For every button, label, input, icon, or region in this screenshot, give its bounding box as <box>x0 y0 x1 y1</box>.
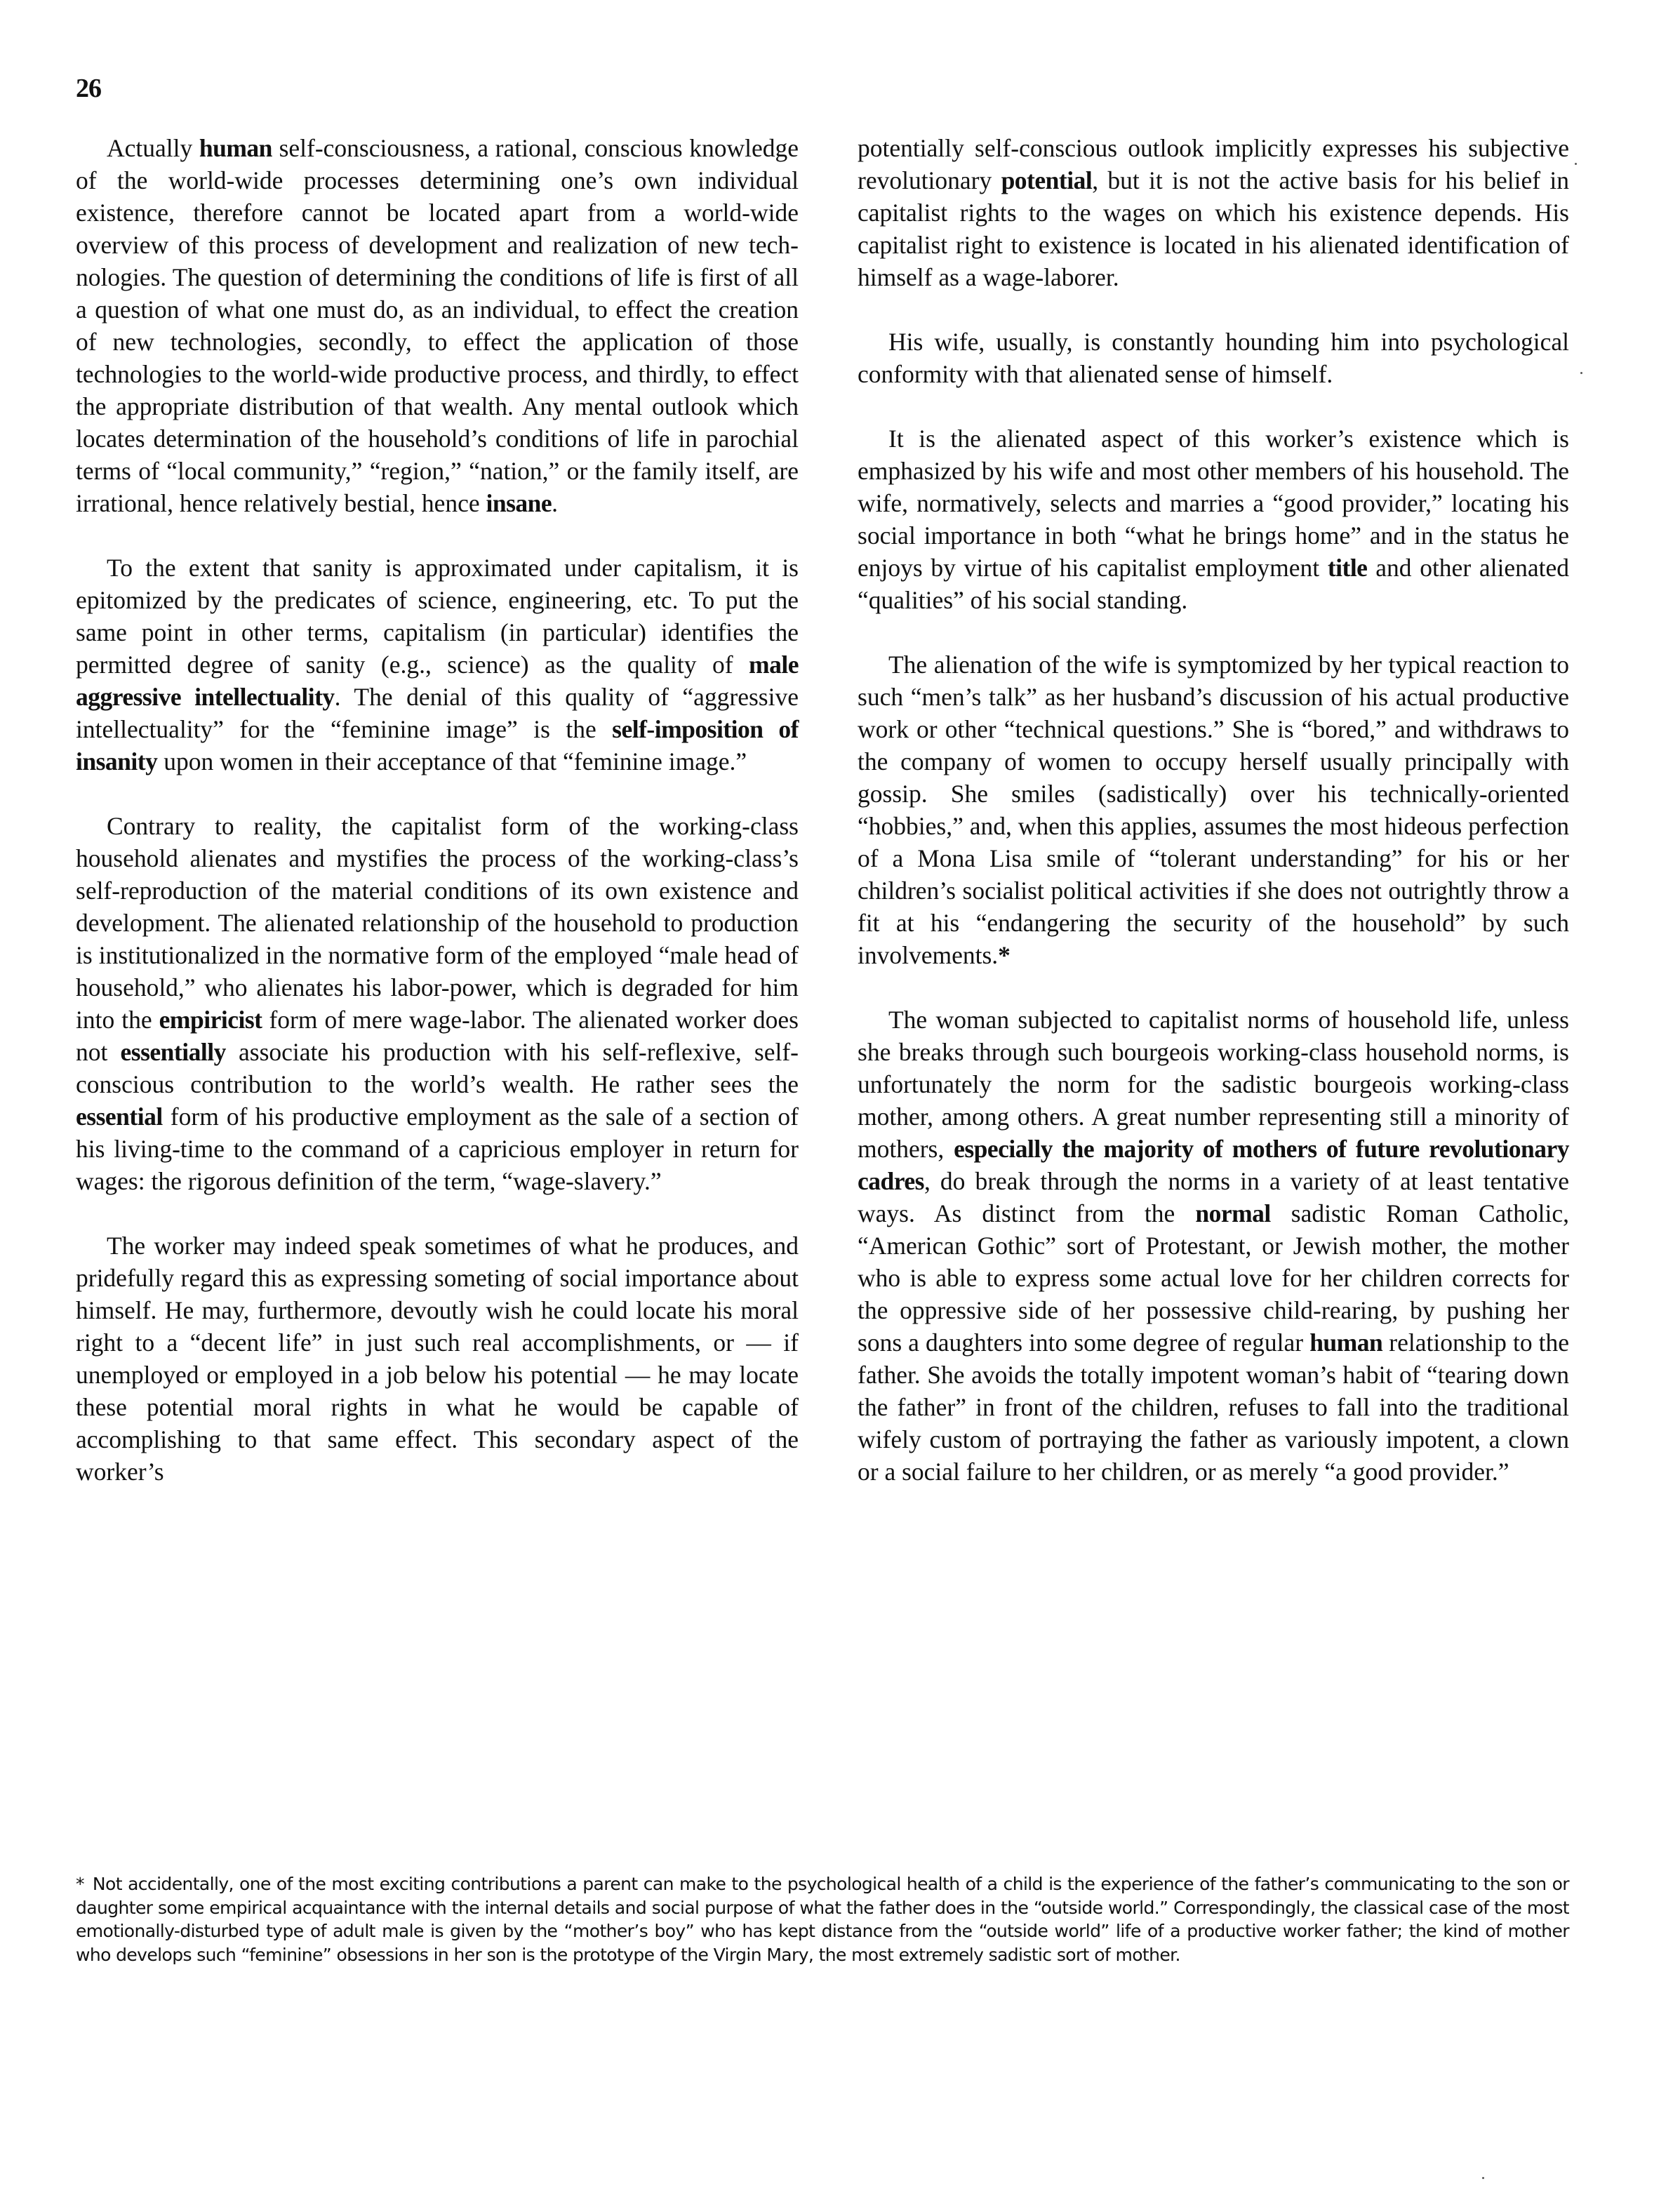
emphasized-text: human <box>1309 1328 1382 1357</box>
scan-speck <box>1575 163 1577 165</box>
paragraph: To the extent that sanity is approximate… <box>76 552 799 778</box>
emphasized-text: insane <box>486 489 552 517</box>
footnote: *Not accidentally, one of the most excit… <box>76 1872 1569 1966</box>
paragraph: Contrary to reality, the capitalist form… <box>76 810 799 1197</box>
emphasized-text: normal <box>1195 1199 1270 1227</box>
emphasized-text: * <box>998 941 1010 969</box>
emphasized-text: title <box>1328 554 1368 582</box>
emphasized-text: potential <box>1001 166 1093 194</box>
page-number: 26 <box>76 73 101 104</box>
emphasized-text: essentially <box>121 1038 226 1066</box>
right-column: potentially self-conscious outlook impli… <box>858 132 1569 1488</box>
emphasized-text: essential <box>76 1103 163 1131</box>
body-text: The alienation of the wife is symptomize… <box>858 651 1569 969</box>
body-text: To the extent that sanity is approximate… <box>76 554 799 679</box>
body-text: The worker may indeed speak sometimes of… <box>76 1232 799 1486</box>
scan-speck <box>1580 372 1582 374</box>
emphasized-text: human <box>199 134 272 162</box>
body-text: . <box>552 489 558 517</box>
body-text: His wife, usually, is constantly houndin… <box>858 328 1569 388</box>
body-text: Contrary to reality, the capitalist form… <box>76 812 799 1034</box>
paragraph-continued: potentially self-conscious outlook impli… <box>858 132 1569 293</box>
paragraph: The worker may indeed speak sometimes of… <box>76 1230 799 1488</box>
scan-speck <box>1482 2177 1484 2179</box>
body-text: upon women in their acceptance of that “… <box>157 747 747 775</box>
paragraph: It is the alienated aspect of this worke… <box>858 422 1569 616</box>
paragraph: The alienation of the wife is symptomize… <box>858 648 1569 971</box>
footnote-marker: * <box>76 1874 84 1894</box>
left-column: Actually human self-consciousness, a rat… <box>76 132 799 1488</box>
body-text: Actually <box>107 134 199 162</box>
body-text: self-consciousness, a rational, con­scio… <box>76 134 799 517</box>
paragraph: Actually human self-consciousness, a rat… <box>76 132 799 519</box>
paragraph: The woman subjected to capitalist norms … <box>858 1004 1569 1488</box>
body-text: form of his pro­ductive employment as th… <box>76 1103 799 1195</box>
emphasized-text: empiricist <box>159 1006 262 1034</box>
paragraph: His wife, usually, is constantly houndin… <box>858 326 1569 390</box>
footnote-text: Not accidentally, one of the most exciti… <box>76 1874 1569 1965</box>
